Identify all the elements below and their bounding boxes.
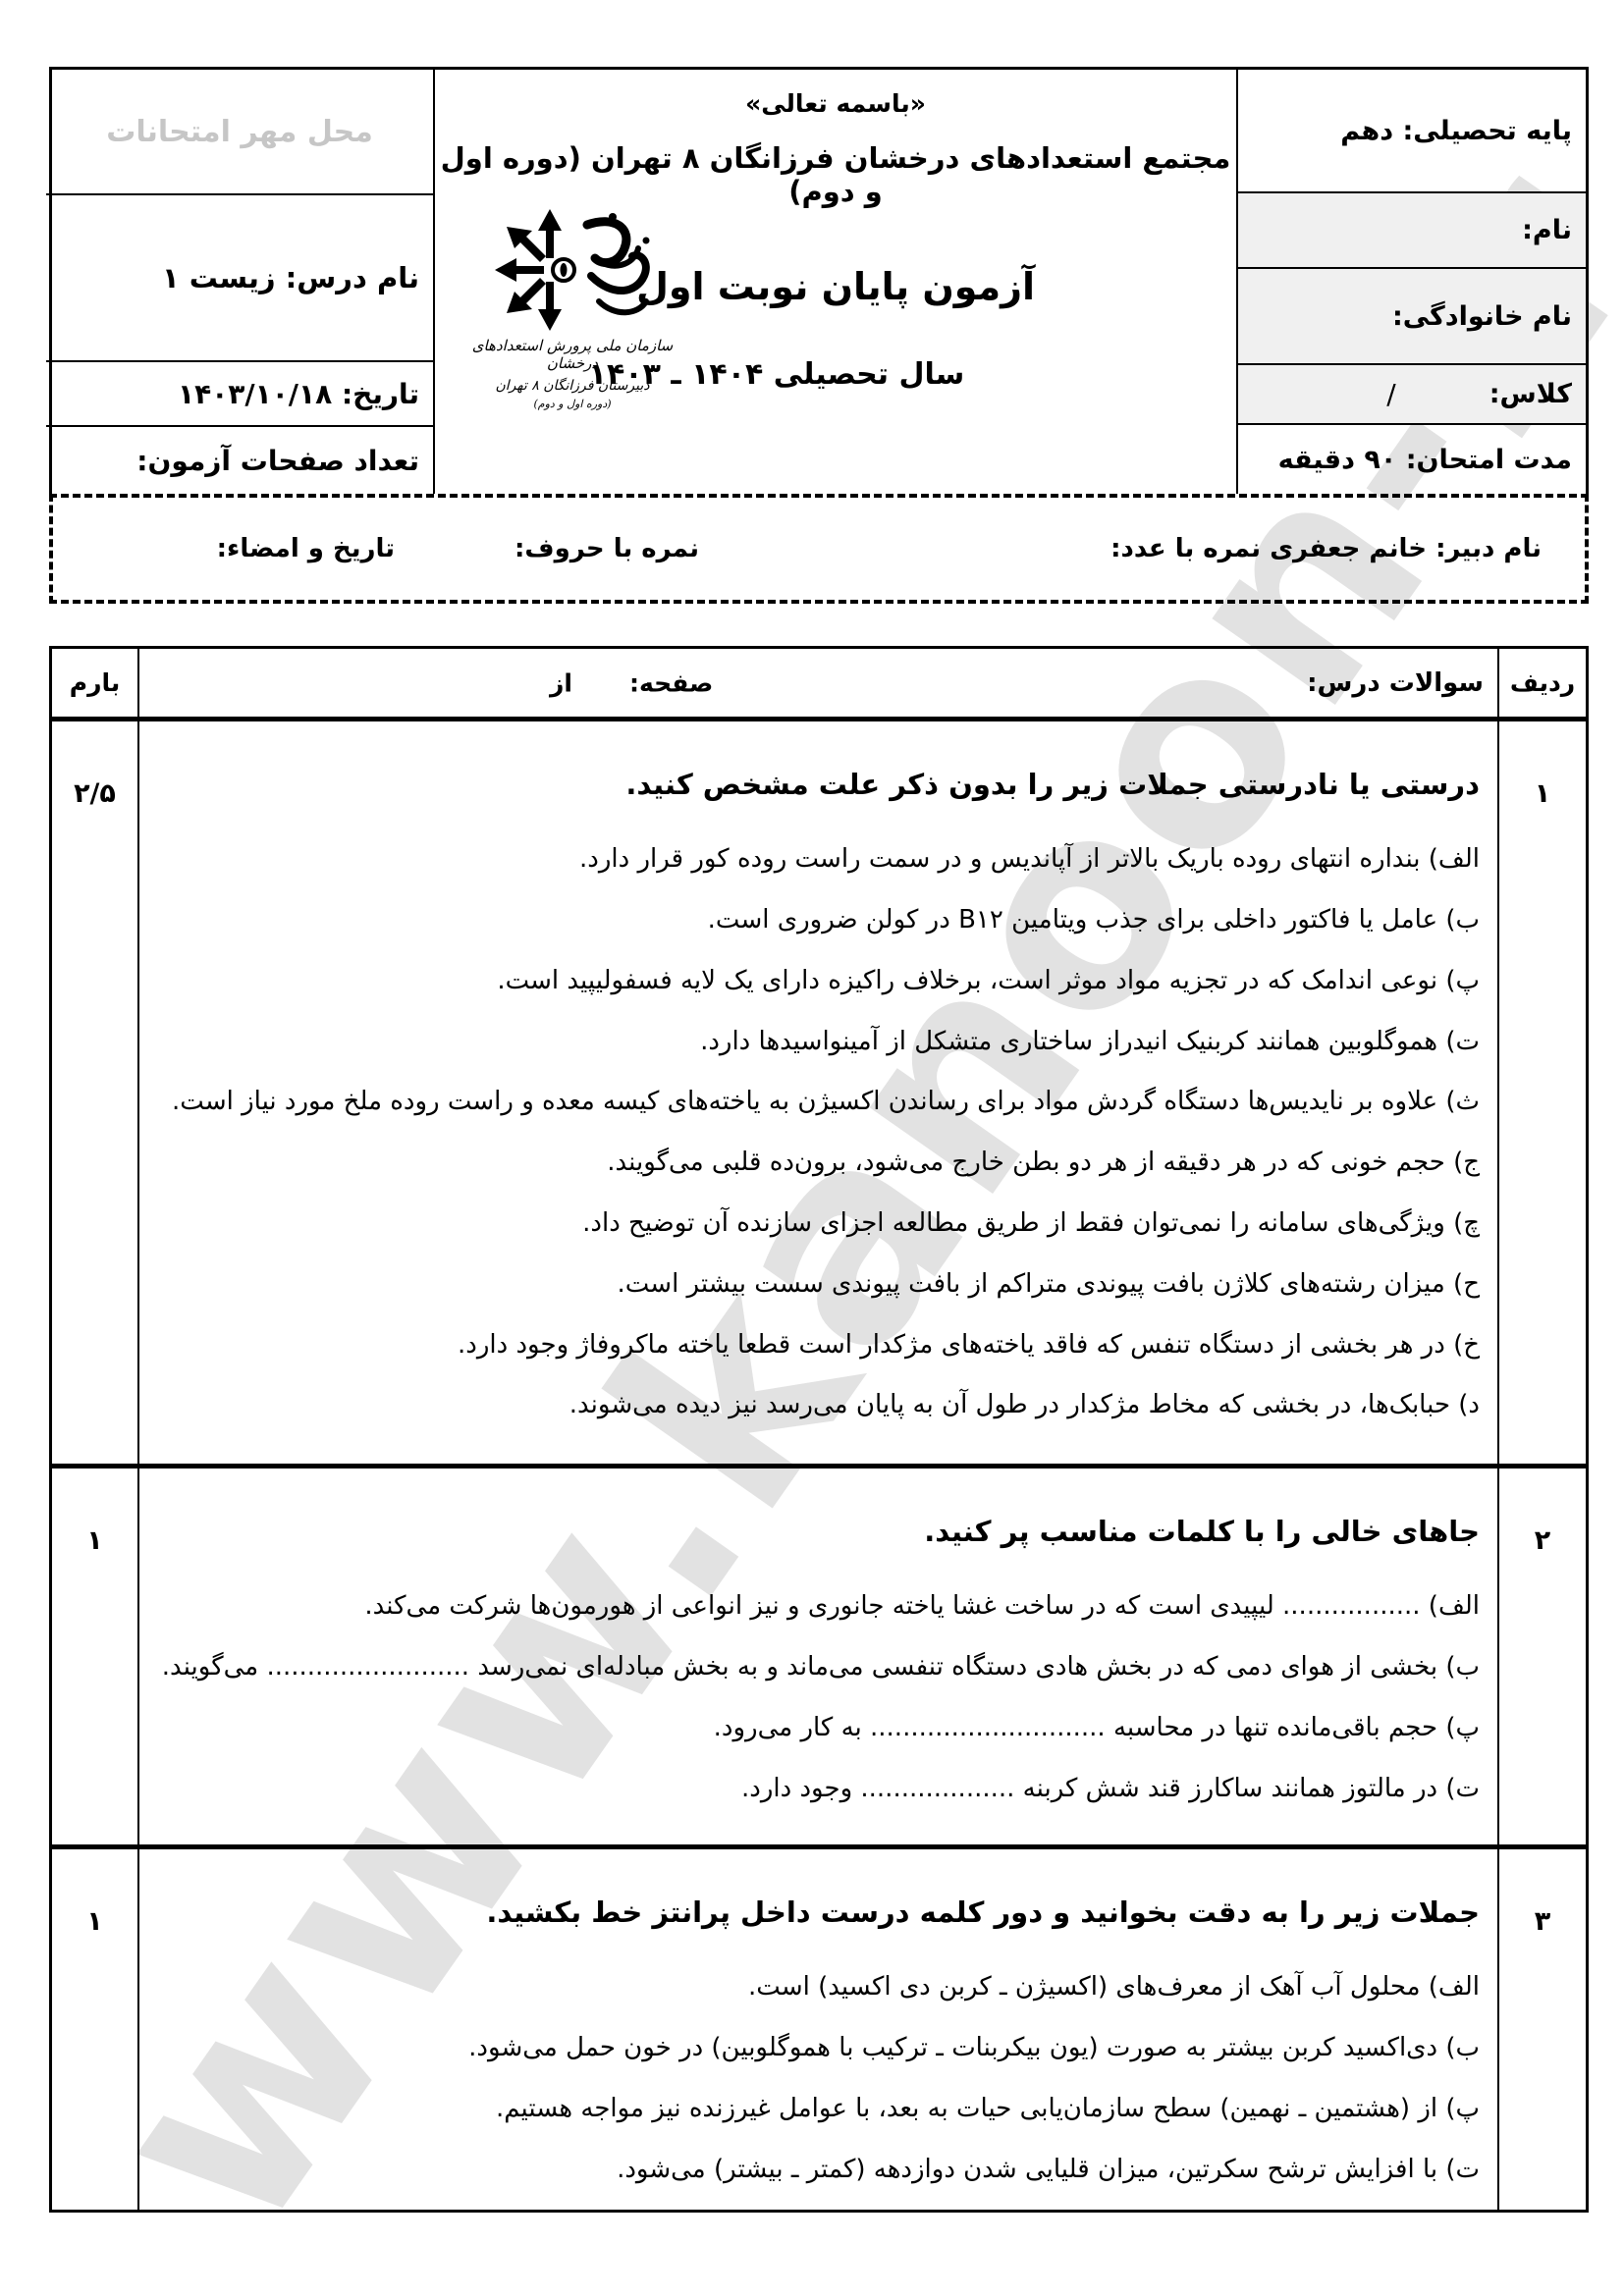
page-of-labels: صفحه: از bbox=[550, 668, 713, 697]
column-header-questions: سوالات درس: صفحه: از bbox=[139, 649, 1497, 717]
teacher-name-label: نام دبیر: خانم جعفری bbox=[1270, 534, 1542, 563]
header-center-column: «باسمه تعالی» مجتمع استعدادهای درخشان فر… bbox=[435, 70, 1236, 494]
school-logo-icon bbox=[489, 207, 656, 333]
name-field: نام: bbox=[1238, 191, 1586, 267]
question-items: الف) محلول آب آهک از معرف‌های (اکسیژن ـ … bbox=[149, 1971, 1480, 2186]
question-content: جملات زیر را به دقت بخوانید و دور کلمه د… bbox=[139, 1849, 1497, 2210]
questions-header-label: سوالات درس: bbox=[1307, 668, 1484, 698]
question-row: ۲ جاهای خالی را با کلمات مناسب پر کنید. … bbox=[52, 1464, 1586, 1844]
family-name-label: نام خانوادگی: bbox=[1392, 301, 1572, 332]
grade-row: پایه تحصیلی: دهم bbox=[1238, 70, 1586, 191]
question-content: جاهای خالی را با کلمات مناسب پر کنید. ال… bbox=[139, 1468, 1497, 1844]
name-label: نام: bbox=[1522, 215, 1572, 245]
question-item: ت) هموگلوبین همانند کربنیک انیدراز ساختا… bbox=[149, 1026, 1480, 1059]
question-item: ب) عامل یا فاکتور داخلی برای جذب ویتامین… bbox=[149, 904, 1480, 937]
question-item: الف) بنداره انتهای روده باریک بالاتر از … bbox=[149, 843, 1480, 877]
score-strip: نام دبیر: خانم جعفری نمره با عدد: نمره ب… bbox=[49, 494, 1589, 604]
exam-paper-page: www.kanoon-ir پایه تحصیلی: دهم نام: نام … bbox=[0, 0, 1624, 2296]
question-item: الف) ................. لیپیدی است که در … bbox=[149, 1590, 1480, 1624]
class-label: کلاس: bbox=[1489, 379, 1572, 409]
exam-date-label: تاریخ: ۱۴۰۳/۱۰/۱۸ bbox=[178, 378, 419, 410]
question-item: پ) حجم باقی‌مانده تنها در محاسبه .......… bbox=[149, 1712, 1480, 1745]
duration-row: مدت امتحان: ۹۰ دقیقه bbox=[1238, 423, 1586, 494]
duration-label: مدت امتحان: ۹۰ دقیقه bbox=[1278, 445, 1572, 475]
exam-header-table: پایه تحصیلی: دهم نام: نام خانوادگی: کلاس… bbox=[49, 67, 1589, 494]
question-item: ت) در مالتوز همانند ساکارز قند شش کربنه … bbox=[149, 1773, 1480, 1806]
pages-count-label: تعداد صفحات آزمون: bbox=[136, 445, 419, 477]
class-field: کلاس: / bbox=[1238, 363, 1586, 423]
question-items: الف) ................. لیپیدی است که در … bbox=[149, 1590, 1480, 1805]
bismillah-text: «باسمه تعالی» bbox=[435, 89, 1236, 118]
pages-count-cell: تعداد صفحات آزمون: bbox=[46, 425, 433, 494]
stamp-place-label: محل مهر امتحانات bbox=[106, 115, 373, 149]
logo-caption-period: (دوره اول و دوم) bbox=[453, 398, 692, 410]
question-marks: ۱ bbox=[52, 1468, 139, 1844]
question-number: ۳ bbox=[1497, 1849, 1586, 2210]
course-name-label: نام درس: زیست ۱ bbox=[162, 261, 419, 294]
question-content: درستی یا نادرستی جملات زیر را بدون ذکر ع… bbox=[139, 721, 1497, 1464]
question-number: ۱ bbox=[1497, 721, 1586, 1464]
question-items: الف) بنداره انتهای روده باریک بالاتر از … bbox=[149, 843, 1480, 1422]
score-number-label: نمره با عدد: bbox=[1110, 534, 1261, 563]
school-name: مجتمع استعدادهای درخشان فرزانگان ۸ تهران… bbox=[435, 141, 1236, 208]
question-item: ب) دی‌اکسید کربن بیشتر به صورت (یون بیکر… bbox=[149, 2032, 1480, 2065]
question-item: ب) بخشی از هوای دمی که در بخش هادی دستگا… bbox=[149, 1651, 1480, 1684]
header-student-column: پایه تحصیلی: دهم نام: نام خانوادگی: کلاس… bbox=[1236, 70, 1586, 494]
question-item: ت) با افزایش ترشح سکرتین، میزان قلیایی ش… bbox=[149, 2154, 1480, 2187]
question-item: چ) ویژگی‌های سامانه را نمی‌توان فقط از ط… bbox=[149, 1207, 1480, 1241]
class-value: / bbox=[1386, 378, 1395, 410]
date-signature-label: تاریخ و امضاء: bbox=[217, 534, 395, 563]
question-item: ث) علاوه بر نایدیس‌ها دستگاه گردش مواد ب… bbox=[149, 1086, 1480, 1119]
logo-caption-organization: سازمان ملی پرورش استعدادهای درخشان bbox=[453, 337, 692, 372]
header-course-column: محل مهر امتحانات نام درس: زیست ۱ تاریخ: … bbox=[46, 70, 435, 494]
question-row: ۳ جملات زیر را به دقت بخوانید و دور کلمه… bbox=[52, 1844, 1586, 2210]
question-number: ۲ bbox=[1497, 1468, 1586, 1844]
question-item: پ) از (هشتمین ـ نهمین) سطح سازمان‌یابی ح… bbox=[149, 2093, 1480, 2126]
logo-caption-school: دبیرستان فرزانگان ۸ تهران bbox=[453, 378, 692, 394]
score-words-label: نمره با حروف: bbox=[514, 534, 699, 563]
date-cell: تاریخ: ۱۴۰۳/۱۰/۱۸ bbox=[46, 360, 433, 425]
course-name-cell: نام درس: زیست ۱ bbox=[46, 193, 433, 360]
question-title: درستی یا نادرستی جملات زیر را بدون ذکر ع… bbox=[149, 767, 1480, 802]
question-item: الف) محلول آب آهک از معرف‌های (اکسیژن ـ … bbox=[149, 1971, 1480, 2004]
grade-label: پایه تحصیلی: دهم bbox=[1340, 116, 1572, 146]
of-label: از bbox=[550, 668, 572, 697]
farzanegan-logo: سازمان ملی پرورش استعدادهای درخشان دبیرس… bbox=[453, 207, 692, 410]
question-item: خ) در هر بخشی از دستگاه تنفس که فاقد یاخ… bbox=[149, 1329, 1480, 1362]
question-rows: ۱ درستی یا نادرستی جملات زیر را بدون ذکر… bbox=[52, 721, 1586, 2210]
question-item: پ) نوعی اندامک که در تجزیه مواد موثر است… bbox=[149, 965, 1480, 998]
stamp-place-cell: محل مهر امتحانات bbox=[46, 70, 433, 193]
questions-table-header: ردیف سوالات درس: صفحه: از بارم bbox=[52, 649, 1586, 721]
question-marks: ۲/۵ bbox=[52, 721, 139, 1464]
family-name-field: نام خانوادگی: bbox=[1238, 267, 1586, 363]
question-title: جملات زیر را به دقت بخوانید و دور کلمه د… bbox=[149, 1895, 1480, 1930]
logo-captions: سازمان ملی پرورش استعدادهای درخشان دبیرس… bbox=[453, 337, 692, 410]
column-header-row-number: ردیف bbox=[1497, 649, 1586, 717]
question-item: ح) میزان رشته‌های کلاژن بافت پیوندی مترا… bbox=[149, 1268, 1480, 1302]
question-marks: ۱ bbox=[52, 1849, 139, 2210]
questions-table: ردیف سوالات درس: صفحه: از بارم ۱ درستی ی… bbox=[49, 646, 1589, 2213]
question-row: ۱ درستی یا نادرستی جملات زیر را بدون ذکر… bbox=[52, 721, 1586, 1464]
question-item: د) حبابک‌ها، در بخشی که مخاط مژکدار در ط… bbox=[149, 1389, 1480, 1422]
question-title: جاهای خالی را با کلمات مناسب پر کنید. bbox=[149, 1514, 1480, 1549]
question-item: ج) حجم خونی که در هر دقیقه از هر دو بطن … bbox=[149, 1147, 1480, 1180]
column-header-marks: بارم bbox=[52, 649, 139, 717]
page-label: صفحه: bbox=[629, 668, 713, 697]
